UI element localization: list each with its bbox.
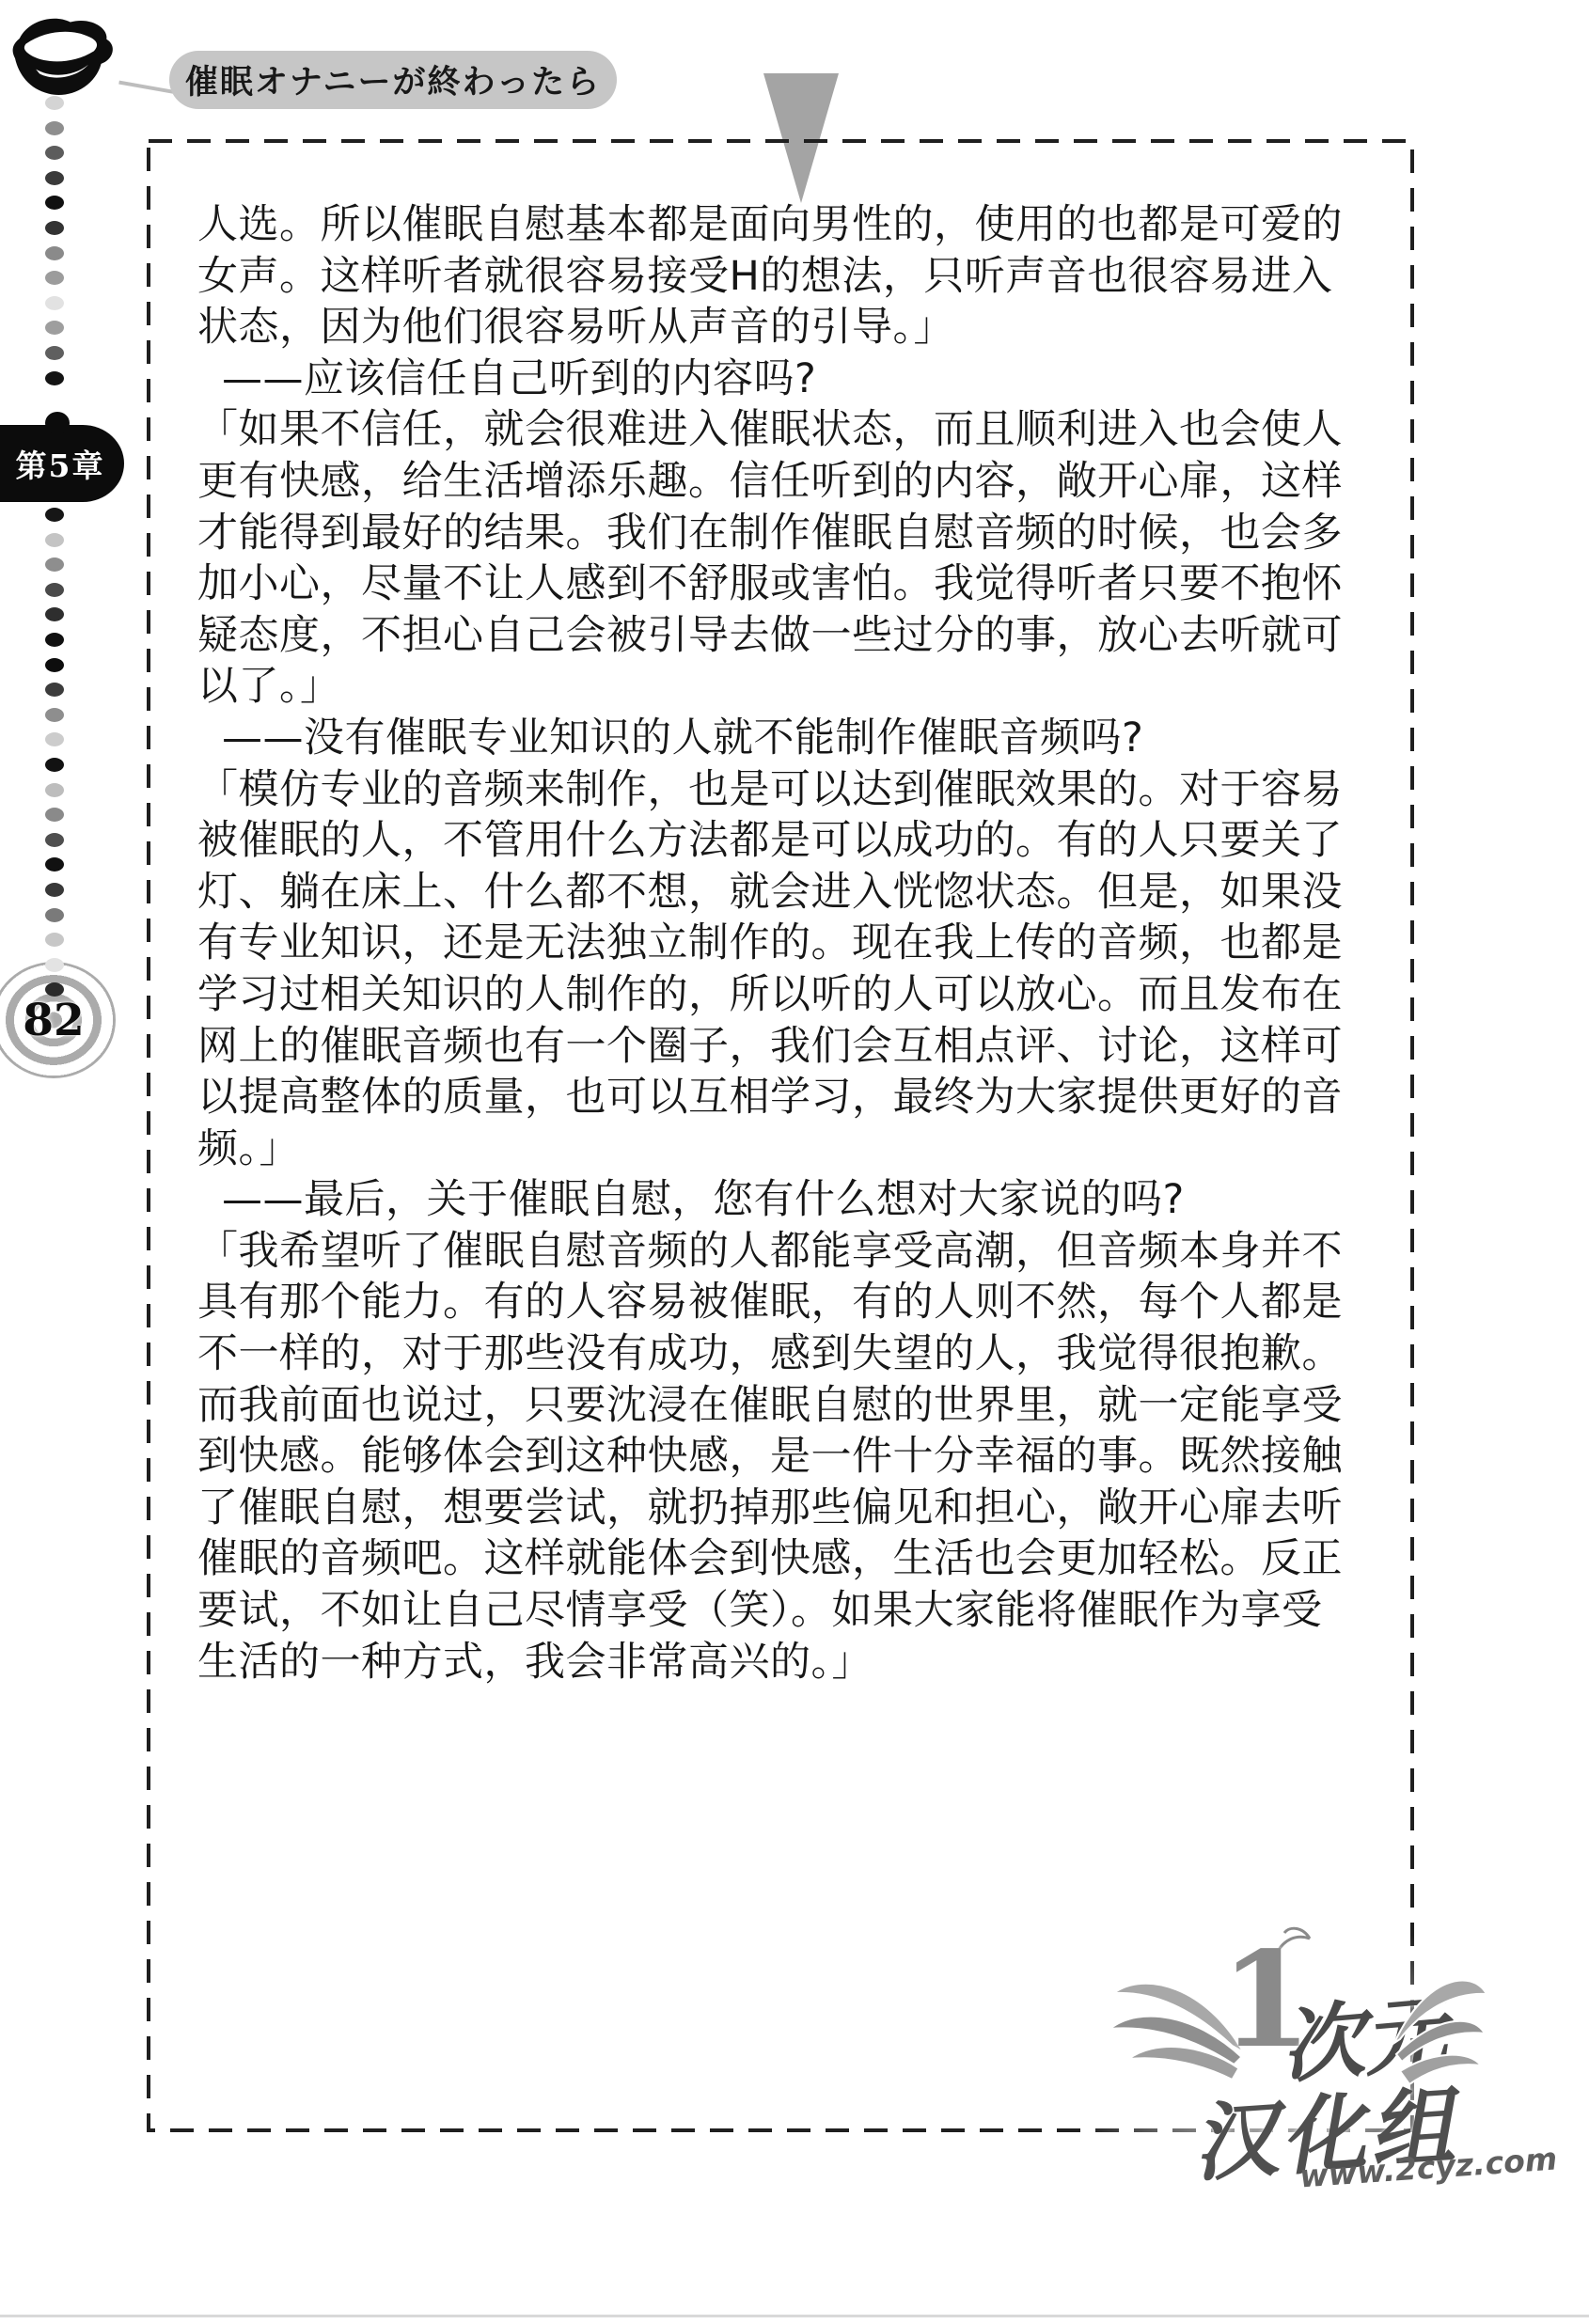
chapter-title-bubble: 催眠オナニーが終わったら (169, 51, 617, 109)
triangle-marker-icon (763, 73, 839, 203)
halftone-dot-icon (45, 371, 64, 385)
halftone-dot-icon (45, 557, 64, 572)
halftone-dot-icon (45, 808, 64, 822)
text-line: 更有快感，给生活增添乐趣。信任听到的内容，敞开心扉，这样 (197, 456, 1392, 508)
halftone-dot-icon (45, 857, 64, 871)
chapter-title: 催眠オナニーが終わったら (185, 56, 601, 103)
text-line: 网上的催眠音频也有一个圈子，我们会互相点评、讨论，这样可 (197, 1021, 1392, 1073)
text-line: 「如果不信任，就会很难进入催眠状态，而且顺利进入也会使人 (197, 404, 1392, 456)
scan-edge-line (0, 2315, 1589, 2317)
halftone-dot-icon (45, 658, 64, 672)
halftone-dot-icon (45, 908, 64, 922)
halftone-dot-icon (45, 146, 64, 160)
chapter-badge: 第5章 (0, 425, 124, 502)
halftone-dot-icon (45, 346, 64, 360)
text-line: 加小心，尽量不让人感到不舒服或害怕。我觉得听者只要不抱怀 (197, 558, 1392, 610)
halftone-dots-column-top (45, 96, 66, 396)
halftone-dot-icon (45, 171, 64, 185)
halftone-dot-icon (45, 121, 64, 135)
interview-text-block: 人选。所以催眠自慰基本都是面向男性的，使用的也都是可爱的女声。这样听者就很容易接… (197, 199, 1392, 1688)
halftone-dot-icon (45, 758, 64, 772)
halftone-dot-icon (45, 246, 64, 260)
text-line: 频。」 (197, 1123, 1392, 1175)
halftone-dot-icon (45, 708, 64, 722)
halftone-dot-icon (45, 883, 64, 897)
text-line: 才能得到最好的结果。我们在制作催眠自慰音频的时候，也会多 (197, 508, 1392, 559)
text-line: 以了。」 (197, 661, 1392, 713)
halftone-dot-icon (45, 221, 64, 235)
text-line: 不一样的，对于那些没有成功，感到失望的人，我觉得很抱歉。 (197, 1328, 1392, 1380)
text-line: 了催眠自慰，想要尝试，就扔掉那些偏见和担心，敞开心扉去听 (197, 1483, 1392, 1534)
text-line: 灯、躺在床上、什么都不想，就会进入恍惚状态。但是，如果没 (197, 867, 1392, 919)
text-line: 人选。所以催眠自慰基本都是面向男性的，使用的也都是可爱的 (197, 199, 1392, 251)
text-line: 生活的一种方式，我会非常高兴的。」 (197, 1637, 1392, 1688)
halftone-dots-column-bottom (45, 508, 66, 1008)
halftone-dot-icon (45, 508, 64, 522)
text-line: 被催眠的人，不管用什么方法都是可以成功的。有的人只要关了 (197, 815, 1392, 867)
halftone-dot-icon (45, 833, 64, 847)
text-line: 有专业知识，还是无法独立制作的。现在我上传的音频，也都是 (197, 918, 1392, 969)
text-line: ——应该信任自己听到的内容吗? (197, 353, 1392, 405)
wing-right-icon (1387, 1960, 1490, 2115)
halftone-dot-icon (45, 683, 64, 697)
text-line: 到快感。能够体会到这种快感，是一件十分幸福的事。既然接触 (197, 1431, 1392, 1483)
text-line: 女声。这样听者就很容易接受H的想法，只听声音也很容易进入 (197, 251, 1392, 303)
text-line: 「模仿专业的音频来制作，也是可以达到催眠效果的。对于容易 (197, 764, 1392, 816)
text-line: 具有那个能力。有的人容易被催眠，有的人则不然，每个人都是 (197, 1277, 1392, 1328)
text-line: 催眠的音频吧。这样就能体会到快感，生活也会更加轻松。反正 (197, 1533, 1392, 1585)
halftone-dot-icon (45, 533, 64, 547)
text-line: 要试，不如让自己尽情享受（笑）。如果大家能将催眠作为享受 (197, 1585, 1392, 1637)
text-line: 而我前面也说过，只要沈浸在催眠自慰的世界里，就一定能享受 (197, 1380, 1392, 1432)
halftone-dot-icon (45, 933, 64, 947)
halftone-dot-icon (45, 196, 64, 210)
halftone-dot-icon (45, 607, 64, 621)
text-line: 「我希望听了催眠自慰音频的人都能享受高潮，但音频本身并不 (197, 1226, 1392, 1278)
halftone-dot-icon (45, 982, 64, 997)
halftone-dot-icon (45, 96, 64, 110)
chapter-badge-label: 第5章 (0, 442, 104, 486)
halftone-dot-icon (45, 296, 64, 310)
text-line: ——最后，关于催眠自慰，您有什么想对大家说的吗? (197, 1174, 1392, 1226)
text-line: 学习过相关知识的人制作的，所以听的人可以放心。而且发布在 (197, 969, 1392, 1021)
halftone-dot-icon (45, 583, 64, 597)
halftone-dot-icon (45, 958, 64, 972)
text-line: 疑态度，不担心自己会被引导去做一些过分的事，放心去听就可 (197, 610, 1392, 662)
halftone-dot-icon (45, 732, 64, 746)
halftone-dot-icon (45, 633, 64, 647)
translation-group-watermark: 1 次元 汉化组 www.2cyz.com (1081, 1927, 1495, 2209)
text-line: ——没有催眠专业知识的人就不能制作催眠音频吗? (197, 713, 1392, 764)
text-line: 状态，因为他们很容易听从声音的引导。」 (197, 302, 1392, 353)
page: { "header": { "title": "催眠オナニーが終わったら" },… (0, 0, 1589, 2324)
halftone-dot-icon (45, 321, 64, 335)
text-line: 以提高整体的质量，也可以互相学习，最终为大家提供更好的音 (197, 1072, 1392, 1123)
lips-logo-icon (9, 9, 120, 109)
halftone-dot-icon (45, 783, 64, 797)
halftone-dot-icon (45, 271, 64, 285)
